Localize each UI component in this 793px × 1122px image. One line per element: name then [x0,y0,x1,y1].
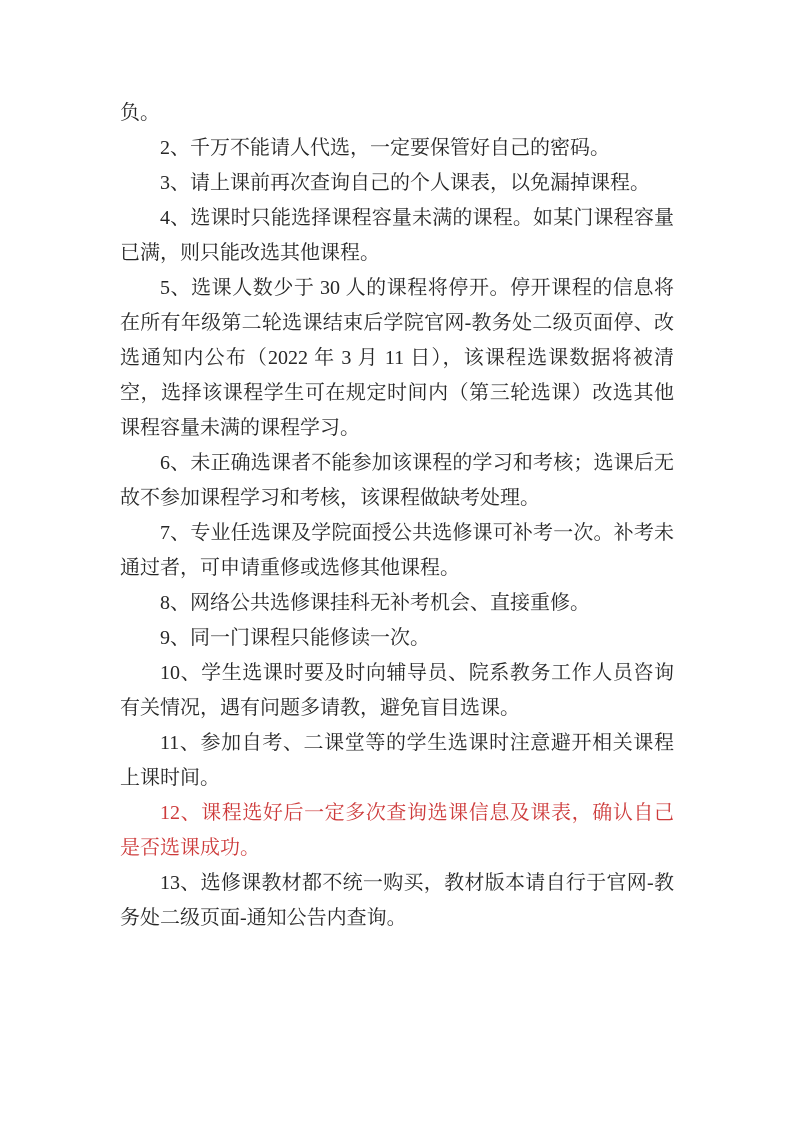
paragraph-item-1-continuation: 负。 [120,96,674,131]
paragraph-item-12: 12、课程选好后一定多次查询选课信息及课表，确认自己是否选课成功。 [120,796,674,866]
document-page: 负。2、千万不能请人代选，一定要保管好自己的密码。3、请上课前再次查询自己的个人… [0,0,793,1122]
paragraph-item-5: 5、选课人数少于 30 人的课程将停开。停开课程的信息将在所有年级第二轮选课结束… [120,271,674,446]
paragraph-item-9: 9、同一门课程只能修读一次。 [120,621,674,656]
paragraph-item-7: 7、专业任选课及学院面授公共选修课可补考一次。补考未通过者，可申请重修或选修其他… [120,516,674,586]
paragraph-item-11: 11、参加自考、二课堂等的学生选课时注意避开相关课程上课时间。 [120,726,674,796]
paragraph-item-3: 3、请上课前再次查询自己的个人课表，以免漏掉课程。 [120,166,674,201]
paragraph-item-2: 2、千万不能请人代选，一定要保管好自己的密码。 [120,131,674,166]
paragraph-item-10: 10、学生选课时要及时向辅导员、院系教务工作人员咨询有关情况，遇有问题多请教，避… [120,656,674,726]
document-body: 负。2、千万不能请人代选，一定要保管好自己的密码。3、请上课前再次查询自己的个人… [120,96,674,936]
paragraph-item-8: 8、网络公共选修课挂科无补考机会、直接重修。 [120,586,674,621]
paragraph-item-13: 13、选修课教材都不统一购买，教材版本请自行于官网-教务处二级页面-通知公告内查… [120,866,674,936]
paragraph-item-6: 6、未正确选课者不能参加该课程的学习和考核；选课后无故不参加课程学习和考核，该课… [120,446,674,516]
paragraph-item-4: 4、选课时只能选择课程容量未满的课程。如某门课程容量已满，则只能改选其他课程。 [120,201,674,271]
